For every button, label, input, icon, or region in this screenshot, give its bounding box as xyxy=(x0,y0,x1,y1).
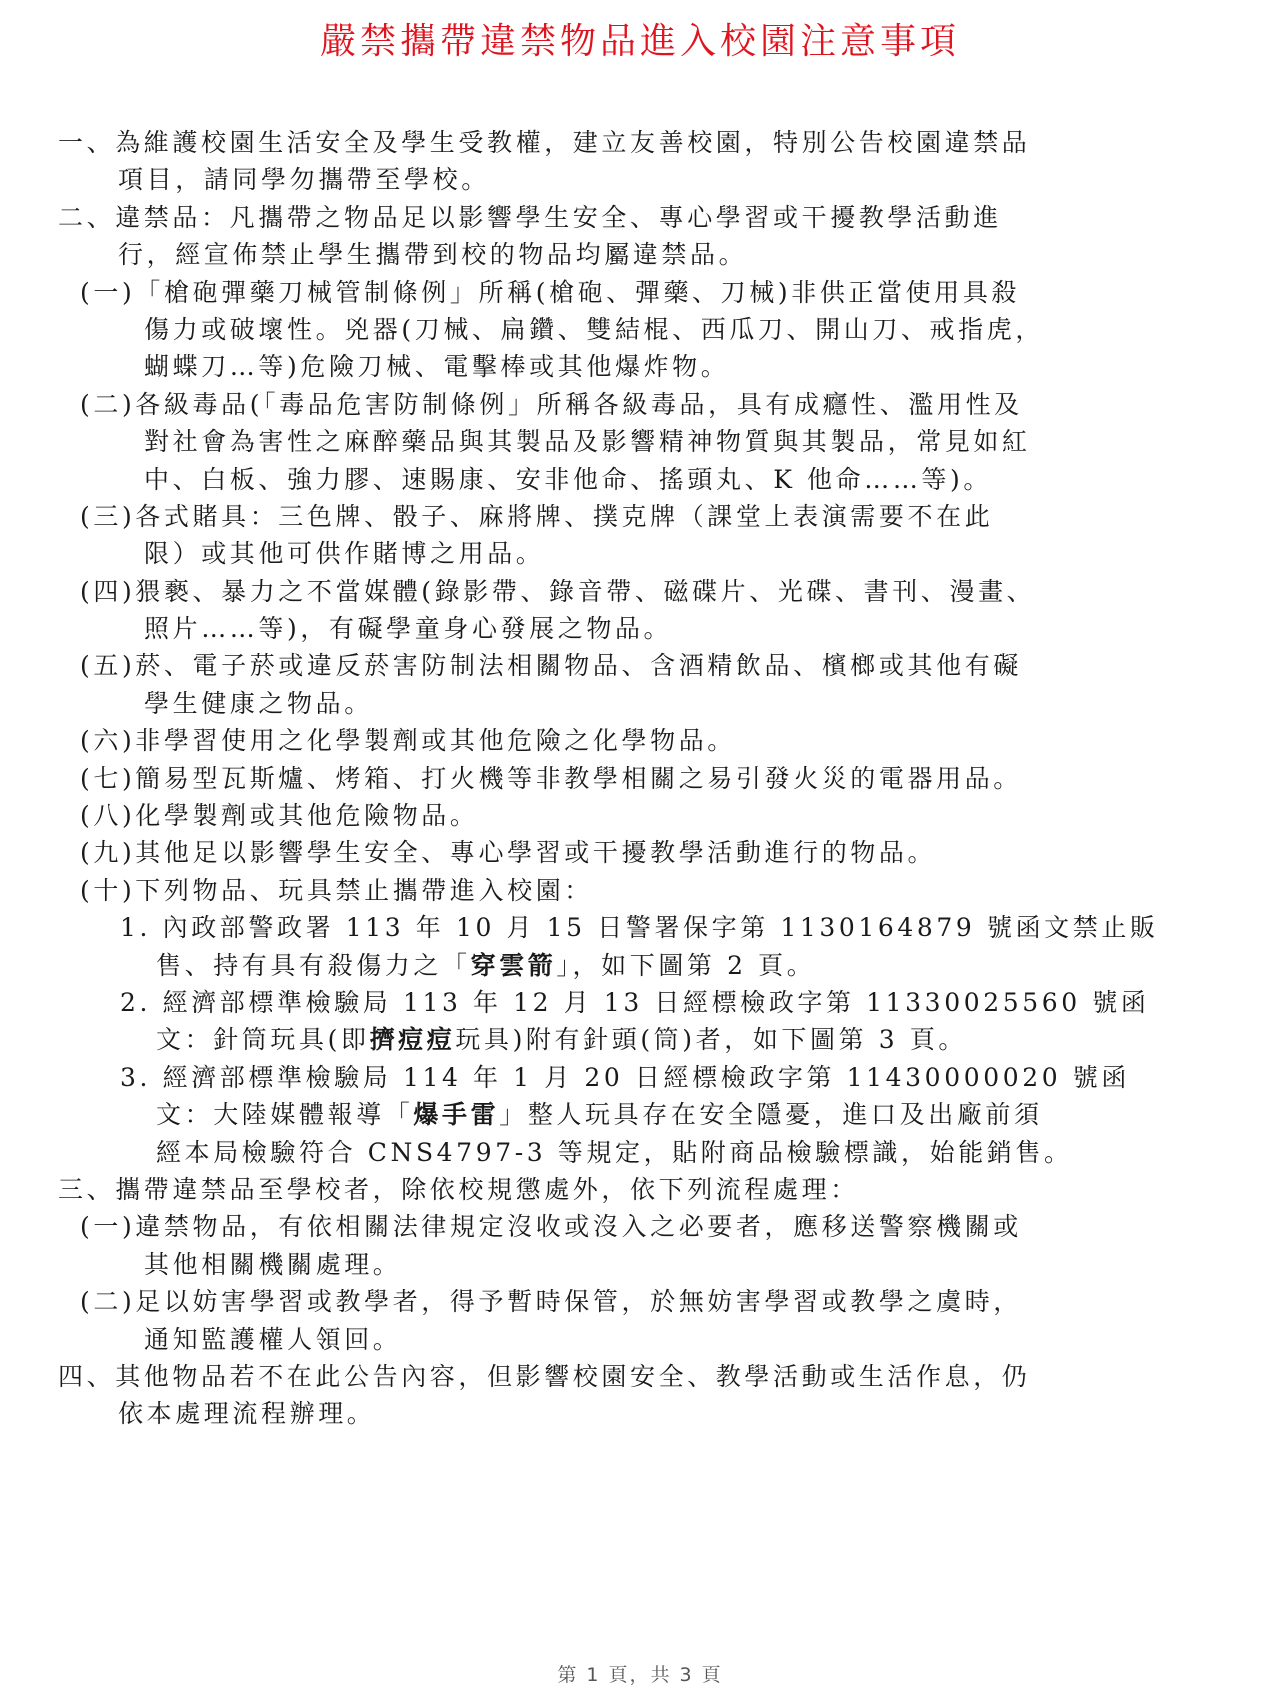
document-line: (一)「槍砲彈藥刀械管制條例」所稱(槍砲、彈藥、刀械)非供正當使用具殺 xyxy=(58,274,1238,311)
document-line: 2. 經濟部標準檢驗局 113 年 12 月 13 日經標檢政字第 113300… xyxy=(58,984,1238,1021)
document-line: 蝴蝶刀…等)危險刀械、電擊棒或其他爆炸物。 xyxy=(58,348,1238,385)
line-text: 玩具)附有針頭(筒)者，如下圖第 3 頁。 xyxy=(455,1025,967,1054)
document-line: (二)各級毒品(「毒品危害防制條例」所稱各級毒品，具有成癮性、濫用性及 xyxy=(58,386,1238,423)
line-text: 文：針筒玩具(即 xyxy=(156,1025,370,1054)
document-line: 學生健康之物品。 xyxy=(58,685,1238,722)
document-line: 限）或其他可供作賭博之用品。 xyxy=(58,535,1238,572)
document-line: 文：針筒玩具(即擠痘痘玩具)附有針頭(筒)者，如下圖第 3 頁。 xyxy=(58,1021,1238,1058)
document-line: 傷力或破壞性。兇器(刀械、扁鑽、雙結棍、西瓜刀、開山刀、戒指虎， xyxy=(58,311,1238,348)
document-line: 行，經宣佈禁止學生攜帶到校的物品均屬違禁品。 xyxy=(58,236,1238,273)
document-line: (三)各式賭具：三色牌、骰子、麻將牌、撲克牌（課堂上表演需要不在此 xyxy=(58,498,1238,535)
document-line: 二、違禁品：凡攜帶之物品足以影響學生安全、專心學習或干擾教學活動進 xyxy=(58,199,1238,236)
document-line: (二)足以妨害學習或教學者，得予暫時保管，於無妨害學習或教學之虞時， xyxy=(58,1283,1238,1320)
document-line: (七)簡易型瓦斯爐、烤箱、打火機等非教學相關之易引發火災的電器用品。 xyxy=(58,760,1238,797)
document-line: 三、攜帶違禁品至學校者，除依校規懲處外，依下列流程處理： xyxy=(58,1171,1238,1208)
document-line: 四、其他物品若不在此公告內容，但影響校園安全、教學活動或生活作息，仍 xyxy=(58,1358,1238,1395)
page-number-footer: 第 1 頁，共 3 頁 xyxy=(0,1660,1280,1687)
document-line: 一、為維護校園生活安全及學生受教權，建立友善校園，特別公告校園違禁品 xyxy=(58,124,1238,161)
document-line: 項目，請同學勿攜帶至學校。 xyxy=(58,161,1238,198)
document-line: 依本處理流程辦理。 xyxy=(58,1395,1238,1432)
document-line: (五)菸、電子菸或違反菸害防制法相關物品、含酒精飲品、檳榔或其他有礙 xyxy=(58,647,1238,684)
document-line: (一)違禁物品，有依相關法律規定沒收或沒入之必要者，應移送警察機關或 xyxy=(58,1208,1238,1245)
line-text: 」整人玩具存在安全隱憂，進口及出廠前須 xyxy=(499,1100,1042,1129)
document-line: 1. 內政部警政署 113 年 10 月 15 日警署保字第 113016487… xyxy=(58,909,1238,946)
highlighted-item-name: 爆手雷 xyxy=(413,1100,499,1129)
document-line: (八)化學製劑或其他危險物品。 xyxy=(58,797,1238,834)
line-text: 售、持有具有殺傷力之「 xyxy=(156,951,471,980)
document-line: 中、白板、強力膠、速賜康、安非他命、搖頭丸、K 他命……等)。 xyxy=(58,461,1238,498)
document-line: 其他相關機關處理。 xyxy=(58,1246,1238,1283)
document-title: 嚴禁攜帶違禁物品進入校園注意事項 xyxy=(0,18,1280,66)
document-line: 3. 經濟部標準檢驗局 114 年 1 月 20 日經標檢政字第 1143000… xyxy=(58,1059,1238,1096)
highlighted-item-name: 穿雲箭 xyxy=(471,951,557,980)
document-line: (六)非學習使用之化學製劑或其他危險之化學物品。 xyxy=(58,722,1238,759)
document-line: 文：大陸媒體報導「爆手雷」整人玩具存在安全隱憂，進口及出廠前須 xyxy=(58,1096,1238,1133)
document-line: (四)猥褻、暴力之不當媒體(錄影帶、錄音帶、磁碟片、光碟、書刊、漫畫、 xyxy=(58,573,1238,610)
document-body: 一、為維護校園生活安全及學生受教權，建立友善校園，特別公告校園違禁品項目，請同學… xyxy=(58,124,1238,1433)
document-line: 經本局檢驗符合 CNS4797-3 等規定，貼附商品檢驗標識，始能銷售。 xyxy=(58,1134,1238,1171)
document-line: 對社會為害性之麻醉藥品與其製品及影響精神物質與其製品，常見如紅 xyxy=(58,423,1238,460)
document-line: (十)下列物品、玩具禁止攜帶進入校園： xyxy=(58,872,1238,909)
document-line: (九)其他足以影響學生安全、專心學習或干擾教學活動進行的物品。 xyxy=(58,834,1238,871)
line-text: 」，如下圖第 2 頁。 xyxy=(556,951,815,980)
document-line: 通知監護權人領回。 xyxy=(58,1321,1238,1358)
document-line: 照片……等)，有礙學童身心發展之物品。 xyxy=(58,610,1238,647)
document-page: 嚴禁攜帶違禁物品進入校園注意事項 一、為維護校園生活安全及學生受教權，建立友善校… xyxy=(0,0,1280,1707)
highlighted-item-name: 擠痘痘 xyxy=(370,1025,456,1054)
document-line: 售、持有具有殺傷力之「穿雲箭」，如下圖第 2 頁。 xyxy=(58,947,1238,984)
line-text: 文：大陸媒體報導「 xyxy=(156,1100,413,1129)
